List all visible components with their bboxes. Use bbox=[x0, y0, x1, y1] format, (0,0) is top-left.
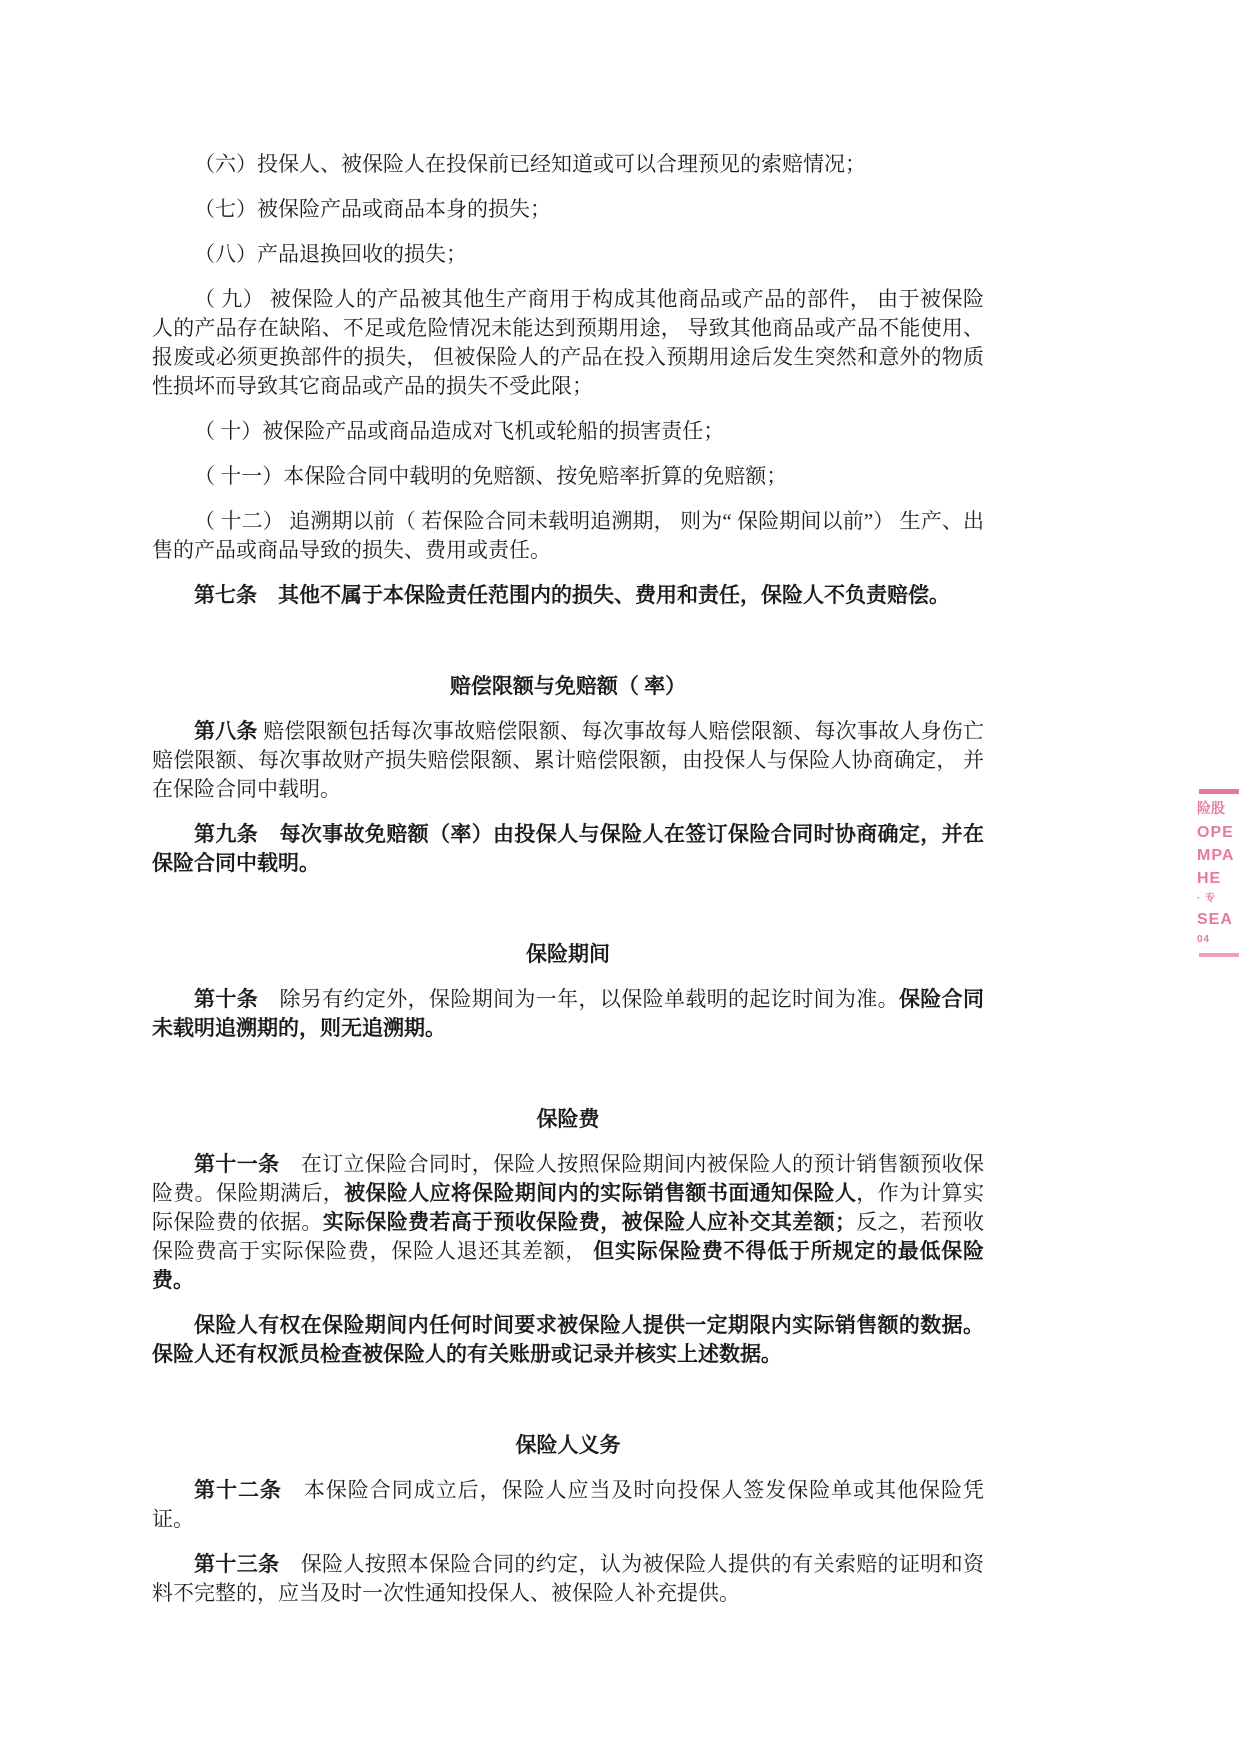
article-11: 第十一条 在订立保险合同时，保险人按照保险期间内被保险人的预计销售额预收保险费。… bbox=[152, 1150, 984, 1295]
text-run: 赔偿限额与免赔额（ 率） bbox=[450, 674, 686, 698]
section-heading-period: 保险期间 bbox=[152, 940, 984, 969]
section-heading-insurer-obligations: 保险人义务 bbox=[152, 1431, 984, 1460]
premium-audit-note: 保险人有权在保险期间内任何时间要求被保险人提供一定期限内实际销售额的数据。保险人… bbox=[152, 1311, 984, 1369]
article-9: 第九条 每次事故免赔额（率）由投保人与保险人在签订保险合同时协商确定，并在保险合… bbox=[152, 820, 984, 878]
document-page: （六）投保人、被保险人在投保前已经知道或可以合理预见的索赔情况；（七）被保险产品… bbox=[0, 0, 1241, 1755]
seal-text-line: MPA bbox=[1197, 844, 1241, 867]
text-run: （八）产品退换回收的损失； bbox=[194, 242, 467, 266]
company-seal-stamp: 险股OPEMPAHE· 专SEA04 bbox=[1197, 789, 1241, 957]
article-13: 第十三条 保险人按照本保险合同的约定，认为被保险人提供的有关索赔的证明和资料不完… bbox=[152, 1550, 984, 1608]
seal-text-line: 04 bbox=[1197, 931, 1241, 949]
seal-top-bar bbox=[1199, 789, 1239, 794]
seal-text-line: HE bbox=[1197, 867, 1241, 890]
seal-text-line: OPE bbox=[1197, 821, 1241, 844]
text-run: 第十一条 bbox=[194, 1152, 279, 1176]
clause-item-12: （ 十二） 追溯期以前（ 若保险合同未载明追溯期， 则为“ 保险期间以前”） 生… bbox=[152, 507, 984, 565]
text-run: 除另有约定外，保险期间为一年，以保险单载明的起讫时间为准。 bbox=[258, 987, 899, 1011]
text-run: （七）被保险产品或商品本身的损失； bbox=[194, 197, 551, 221]
text-run: 实际保险费若高于预收保险费，被保险人应补交其差额； bbox=[323, 1210, 856, 1234]
text-run: （ 九） 被保险人的产品被其他生产商用于构成其他商品或产品的部件， 由于被保险人… bbox=[152, 287, 984, 398]
text-run: 第七条 其他不属于本保险责任范围内的损失、费用和责任，保险人不负责赔偿。 bbox=[194, 583, 950, 607]
text-run: 第十二条 bbox=[194, 1478, 282, 1502]
text-run: 保险费 bbox=[537, 1107, 600, 1131]
section-heading-limits: 赔偿限额与免赔额（ 率） bbox=[152, 672, 984, 701]
text-run: （六）投保人、被保险人在投保前已经知道或可以合理预见的索赔情况； bbox=[194, 152, 866, 176]
clause-item-6: （六）投保人、被保险人在投保前已经知道或可以合理预见的索赔情况； bbox=[152, 150, 984, 179]
article-7: 第七条 其他不属于本保险责任范围内的损失、费用和责任，保险人不负责赔偿。 bbox=[152, 581, 984, 610]
document-body: （六）投保人、被保险人在投保前已经知道或可以合理预见的索赔情况；（七）被保险产品… bbox=[152, 134, 984, 1608]
clause-item-8: （八）产品退换回收的损失； bbox=[152, 240, 984, 269]
seal-text-line: SEA bbox=[1197, 908, 1241, 931]
seal-text-line: · 专 bbox=[1197, 890, 1241, 908]
text-run: 第九条 每次事故免赔额（率）由投保人与保险人在签订保险合同时协商确定，并在保险合… bbox=[152, 822, 984, 875]
text-run: 被保险人应将保险期间内的实际销售额书面通知保险人 bbox=[344, 1181, 856, 1205]
seal-bottom-bar bbox=[1199, 953, 1239, 957]
seal-text-line: 险股 bbox=[1197, 798, 1241, 821]
text-run: 保险人义务 bbox=[516, 1433, 621, 1457]
clause-item-11: （ 十一）本保险合同中载明的免赔额、按免赔率折算的免赔额； bbox=[152, 462, 984, 491]
clause-item-9: （ 九） 被保险人的产品被其他生产商用于构成其他商品或产品的部件， 由于被保险人… bbox=[152, 285, 984, 401]
text-run: 第十三条 bbox=[194, 1552, 279, 1576]
text-run: （ 十二） 追溯期以前（ 若保险合同未载明追溯期， 则为“ 保险期间以前”） 生… bbox=[152, 509, 984, 562]
text-run: 赔偿限额包括每次事故赔偿限额、每次事故每人赔偿限额、每次事故人身伤亡赔偿限额、每… bbox=[152, 719, 984, 801]
text-run: 第八条 bbox=[194, 719, 258, 743]
clause-item-7: （七）被保险产品或商品本身的损失； bbox=[152, 195, 984, 224]
text-run: （ 十）被保险产品或商品造成对飞机或轮船的损害责任； bbox=[194, 419, 724, 443]
text-run: 保险人有权在保险期间内任何时间要求被保险人提供一定期限内实际销售额的数据。保险人… bbox=[152, 1313, 984, 1366]
section-heading-premium: 保险费 bbox=[152, 1105, 984, 1134]
text-run: 保险期间 bbox=[526, 942, 610, 966]
article-12: 第十二条 本保险合同成立后，保险人应当及时向投保人签发保险单或其他保险凭证。 bbox=[152, 1476, 984, 1534]
text-run: 第十条 bbox=[194, 987, 258, 1011]
article-10: 第十条 除另有约定外，保险期间为一年，以保险单载明的起讫时间为准。保险合同未载明… bbox=[152, 985, 984, 1043]
text-run: （ 十一）本保险合同中载明的免赔额、按免赔率折算的免赔额； bbox=[194, 464, 787, 488]
article-8: 第八条 赔偿限额包括每次事故赔偿限额、每次事故每人赔偿限额、每次事故人身伤亡赔偿… bbox=[152, 717, 984, 804]
clause-item-10: （ 十）被保险产品或商品造成对飞机或轮船的损害责任； bbox=[152, 417, 984, 446]
